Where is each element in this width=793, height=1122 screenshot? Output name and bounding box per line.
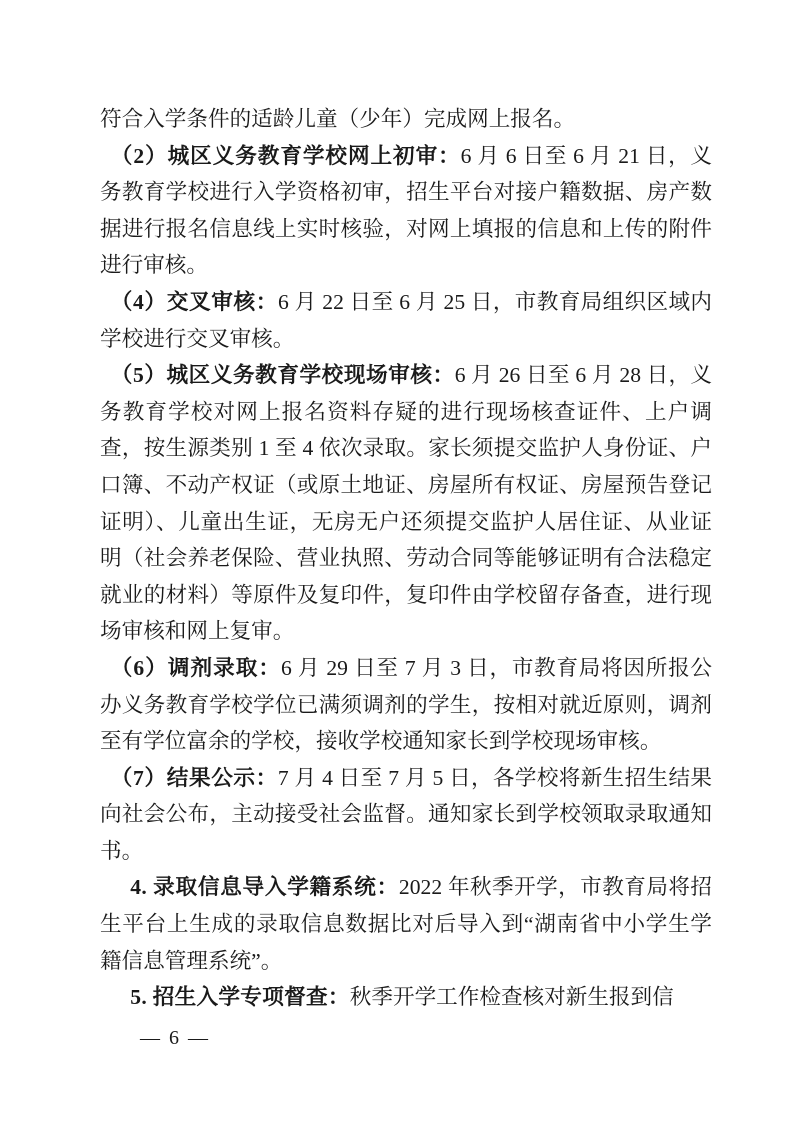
paragraph-heading: （6）调剂录取： bbox=[111, 656, 281, 680]
document-page: 符合入学条件的适龄儿童（少年）完成网上报名。 （2）城区义务教育学校网上初审：6… bbox=[0, 0, 793, 1122]
paragraph: （6）调剂录取：6 月 29 日至 7 月 3 日，市教育局将因所报公办义务教育… bbox=[100, 650, 712, 760]
paragraph-heading: （4）交叉审核： bbox=[111, 290, 278, 314]
paragraph-heading: 5. 招生入学专项督查： bbox=[130, 985, 350, 1009]
paragraph-text: 6 月 26 日至 6 月 28 日，义务教育学校对网上报名资料存疑的进行现场核… bbox=[100, 363, 712, 643]
paragraph-heading: （2）城区义务教育学校网上初审： bbox=[111, 144, 461, 168]
paragraph: （5）城区义务教育学校现场审核：6 月 26 日至 6 月 28 日，义务教育学… bbox=[100, 357, 712, 650]
paragraph: 4. 录取信息导入学籍系统：2022 年秋季开学，市教育局将招生平台上生成的录取… bbox=[100, 869, 712, 979]
paragraph: 5. 招生入学专项督查：秋季开学工作检查核对新生报到信 bbox=[100, 979, 712, 1016]
paragraph: 符合入学条件的适龄儿童（少年）完成网上报名。 bbox=[100, 101, 712, 138]
paragraph: （7）结果公示：7 月 4 日至 7 月 5 日，各学校将新生招生结果向社会公布… bbox=[100, 760, 712, 870]
paragraph-text: 符合入学条件的适龄儿童（少年）完成网上报名。 bbox=[100, 107, 575, 131]
paragraph-heading: （5）城区义务教育学校现场审核： bbox=[111, 363, 455, 387]
paragraph-heading: 4. 录取信息导入学籍系统： bbox=[130, 875, 399, 899]
paragraph: （4）交叉审核：6 月 22 日至 6 月 25 日，市教育局组织区域内学校进行… bbox=[100, 284, 712, 357]
paragraph-text: 秋季开学工作检查核对新生报到信 bbox=[350, 985, 674, 1009]
document-body: 符合入学条件的适龄儿童（少年）完成网上报名。 （2）城区义务教育学校网上初审：6… bbox=[100, 101, 712, 1016]
page-number-footer: — 6 — bbox=[140, 1026, 210, 1050]
paragraph: （2）城区义务教育学校网上初审：6 月 6 日至 6 月 21 日，义务教育学校… bbox=[100, 138, 712, 284]
paragraph-heading: （7）结果公示： bbox=[111, 766, 278, 790]
